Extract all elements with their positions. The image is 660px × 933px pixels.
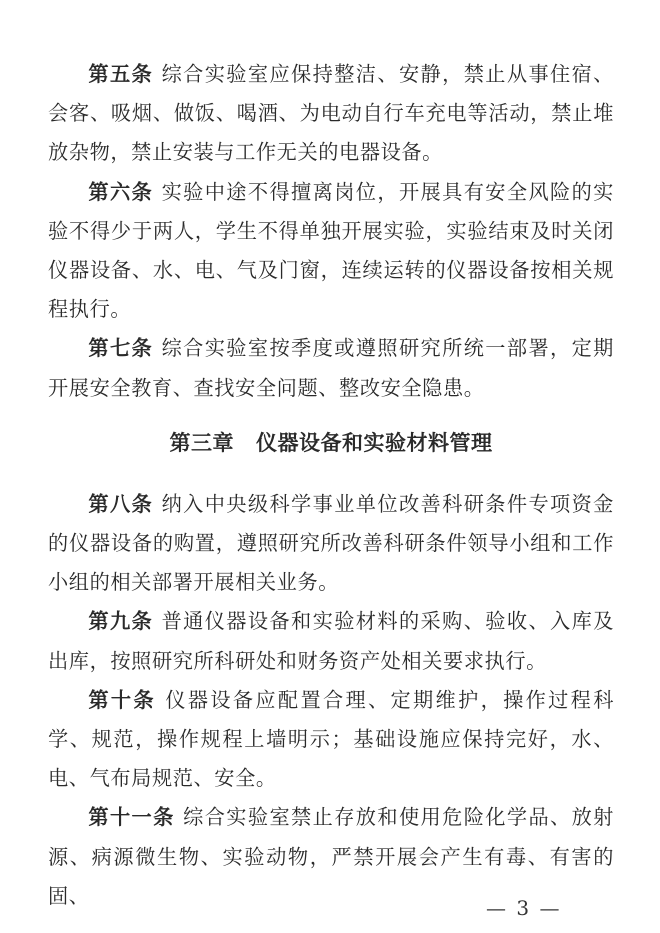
chapter-number: 第三章: [170, 431, 235, 455]
article-label: 第五条: [88, 62, 161, 86]
page-number: — 3 —: [486, 896, 561, 920]
article-paragraph-8: 第八条纳入中央级科学事业单位改善科研条件专项资金的仪器设备的购置，遵照研究所改善…: [48, 485, 614, 603]
article-label: 第六条: [88, 180, 161, 204]
article-label: 第十一条: [88, 805, 183, 829]
article-label: 第八条: [88, 492, 161, 516]
document-page: 第五条综合实验室应保持整洁、安静，禁止从事住宿、会客、吸烟、做饭、喝酒、为电动自…: [48, 55, 614, 916]
article-paragraph-10: 第十条仪器设备应配置合理、定期维护，操作过程科学、规范，操作规程上墙明示；基础设…: [48, 681, 614, 799]
article-label: 第七条: [88, 336, 161, 360]
chapter-heading: 第三章仪器设备和实验材料管理: [48, 424, 614, 463]
article-paragraph-6: 第六条实验中途不得擅离岗位，开展具有安全风险的实验不得少于两人，学生不得单独开展…: [48, 173, 614, 330]
article-paragraph-9: 第九条普通仪器设备和实验材料的采购、验收、入库及出库，按照研究所科研处和财务资产…: [48, 602, 614, 680]
article-paragraph-7: 第七条综合实验室按季度或遵照研究所统一部署，定期开展安全教育、查找安全问题、整改…: [48, 329, 614, 407]
article-label: 第九条: [88, 609, 161, 633]
chapter-title: 仪器设备和实验材料管理: [256, 431, 493, 455]
article-label: 第十条: [88, 688, 165, 712]
article-paragraph-5: 第五条综合实验室应保持整洁、安静，禁止从事住宿、会客、吸烟、做饭、喝酒、为电动自…: [48, 55, 614, 173]
